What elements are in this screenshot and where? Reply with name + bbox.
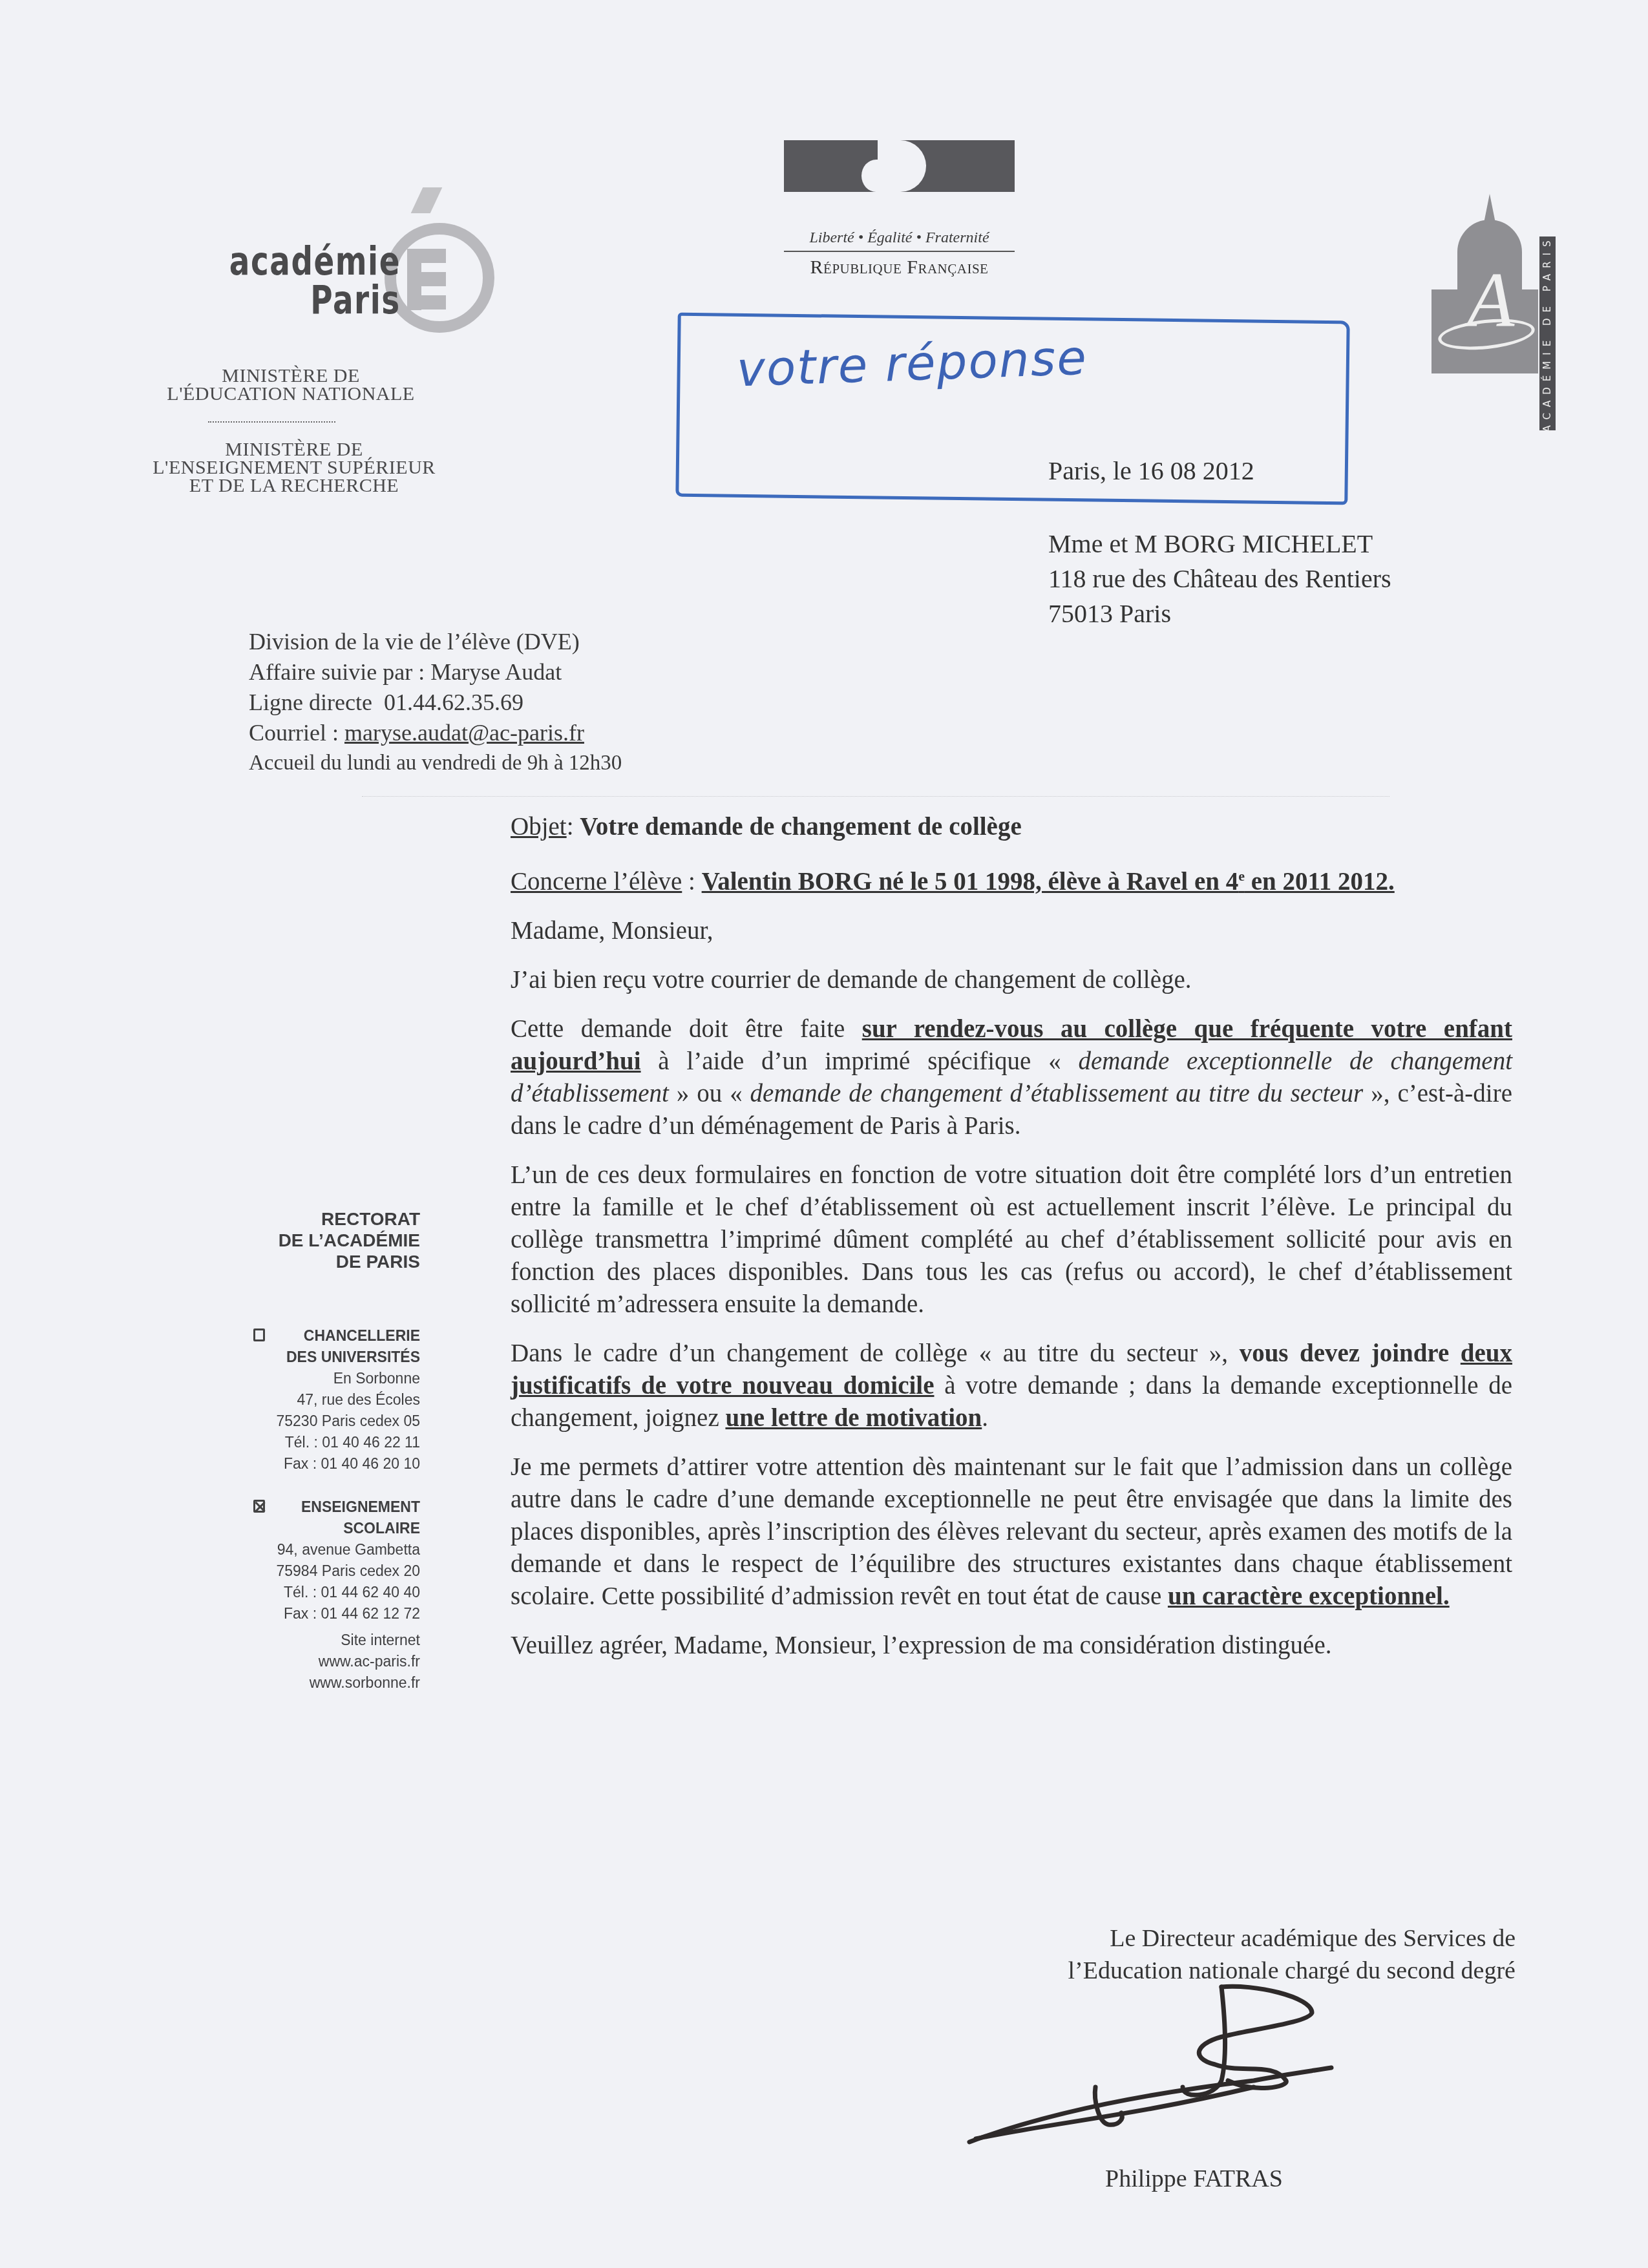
recipient-street: 118 rue des Château des Rentiers — [1048, 562, 1391, 596]
ministry-divider — [208, 421, 335, 423]
form-name-sector: demande de changement d’établissement au… — [750, 1080, 1364, 1108]
rectorat-title: RECTORAT DE L’ACADÉMIE DE PARIS — [246, 1208, 420, 1272]
letter-body: Objet: Votre demande de changement de co… — [511, 811, 1512, 1679]
salutation: Madame, Monsieur, — [511, 915, 1512, 947]
paragraph-3: L’un de ces deux formulaires en fonction… — [511, 1159, 1512, 1321]
sender-info: Division de la vie de l’élève (DVE) Affa… — [249, 627, 622, 779]
signature-icon — [950, 1984, 1415, 2152]
concerns-label: Concerne l’élève — [511, 868, 682, 896]
marianne-profile-detail — [861, 160, 891, 192]
recipient-city: 75013 Paris — [1048, 596, 1391, 631]
recipient-address: Mme et M BORG MICHELET 118 rue des Châte… — [1048, 527, 1391, 631]
emphasis-motivation-letter: une lettre de motivation — [725, 1404, 982, 1432]
recipient-name: Mme et M BORG MICHELET — [1048, 527, 1391, 562]
signatory-name: Philippe FATRAS — [1105, 2165, 1283, 2193]
concerns-line: Concerne l’élève : Valentin BORG né le 5… — [511, 860, 1512, 898]
rectorat-sidebar: RECTORAT DE L’ACADÉMIE DE PARIS CHANCELL… — [246, 1208, 420, 1716]
emphasis-exceptional: un caractère exceptionnel. — [1168, 1582, 1450, 1610]
paragraph-1: J’ai bien reçu votre courrier de demande… — [511, 964, 1512, 996]
direct-line-label: Ligne directe — [249, 689, 372, 715]
logo-letter-a: A — [1467, 262, 1514, 339]
sender-direct-line: Ligne directe 01.44.62.35.69 — [249, 688, 622, 718]
direct-line-number: 01.44.62.35.69 — [384, 689, 523, 715]
motto-divider — [784, 251, 1015, 252]
paragraph-4: Dans le cadre d’un changement de collège… — [511, 1338, 1512, 1434]
checked-box-icon — [253, 1500, 265, 1513]
sender-division: Division de la vie de l’élève (DVE) — [249, 627, 622, 657]
website-link-sorbonne[interactable]: www.sorbonne.fr — [246, 1672, 420, 1694]
ministry-education: Ministère de L'Éducation nationale — [142, 367, 439, 403]
ministry-higher-line: Ministère de — [136, 441, 452, 459]
chancellerie-block: CHANCELLERIE DES UNIVERSITÉS En Sorbonne… — [246, 1325, 420, 1475]
sender-email-row: Courriel : maryse.audat@ac-paris.fr — [249, 718, 622, 748]
paragraph-2: Cette demande doit être faite sur rendez… — [511, 1013, 1512, 1142]
concerns-text: Valentin BORG né le 5 01 1998, élève à R… — [702, 868, 1395, 896]
marianne-logo — [784, 140, 1015, 192]
website-link-ac-paris[interactable]: www.ac-paris.fr — [246, 1651, 420, 1672]
sender-hours: Accueil du lundi au vendredi de 9h à 12h… — [249, 748, 622, 779]
republic-motto: Liberté • Égalité • Fraternité — [784, 229, 1015, 247]
signatory-title: Le Directeur académique des Services de … — [934, 1922, 1516, 1987]
logo-accent-mark — [411, 187, 443, 213]
logo-e-glyph — [407, 249, 446, 310]
logo-word-paris: Paris — [311, 278, 401, 323]
ministry-education-line: L'Éducation nationale — [142, 385, 439, 403]
ministry-higher-line: L'Enseignement supérieur — [136, 459, 452, 477]
subject-label: Objet — [511, 813, 567, 841]
academie-paris-logo: académie Paris — [213, 187, 485, 362]
email-label: Courriel : — [249, 720, 339, 746]
academie-de-paris-dome-logo: A ACADÉMIE DE PARIS — [1428, 194, 1558, 452]
letter-date: Paris, le 16 08 2012 — [1048, 456, 1254, 486]
unchecked-box-icon — [253, 1328, 265, 1341]
logo-vertical-band: ACADÉMIE DE PARIS — [1539, 236, 1556, 430]
subject-line: Objet: Votre demande de changement de co… — [511, 811, 1512, 843]
paragraph-5: Je me permets d’attirer votre attention … — [511, 1451, 1512, 1613]
subject-text: Votre demande de changement de collège — [580, 813, 1022, 841]
header-divider — [362, 796, 1389, 797]
website-label: Site internet — [246, 1630, 420, 1651]
ministry-education-line: Ministère de — [142, 367, 439, 385]
enseignement-block: ENSEIGNEMENT SCOLAIRE 94, avenue Gambett… — [246, 1496, 420, 1694]
sender-followed-by: Affaire suivie par : Maryse Audat — [249, 657, 622, 688]
logo-vertical-text: ACADÉMIE DE PARIS — [1541, 235, 1553, 432]
email-link[interactable]: maryse.audat@ac-paris.fr — [344, 720, 584, 746]
ministry-higher-education: Ministère de L'Enseignement supérieur et… — [136, 441, 452, 495]
republic-name: République Française — [784, 257, 1015, 278]
ministry-higher-line: et de la Recherche — [136, 477, 452, 495]
closing: Veuillez agréer, Madame, Monsieur, l’exp… — [511, 1630, 1512, 1662]
